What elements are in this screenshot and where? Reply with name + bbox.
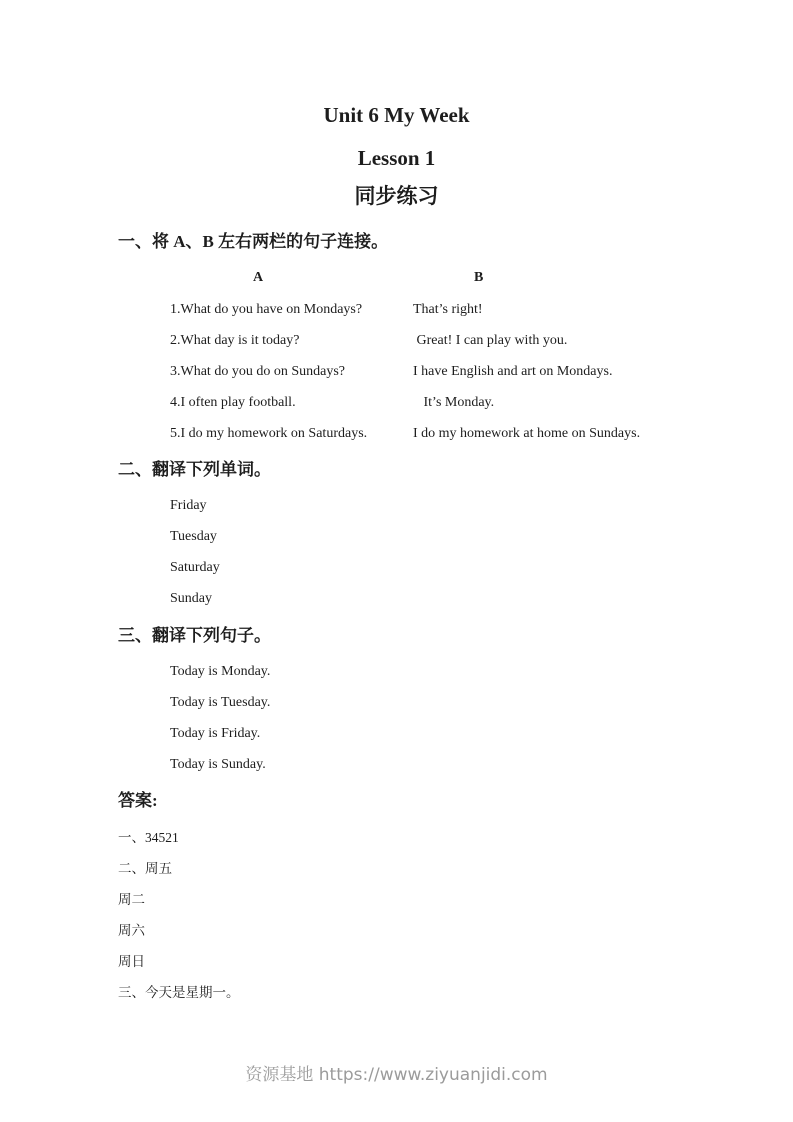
match-b-item: I have English and art on Mondays. — [413, 363, 612, 380]
section-2-heading: 二、翻译下列单词。 — [118, 459, 793, 480]
answer-line: 三、今天是星期一。 — [118, 985, 793, 1001]
match-a-item: 1.What do you have on Mondays? — [170, 301, 413, 318]
sentence-item: Today is Monday. — [170, 663, 793, 680]
match-a-item: 4.I often play football. — [170, 394, 413, 411]
answer-line: 周二 — [118, 892, 793, 908]
match-row: 1.What do you have on Mondays? That’s ri… — [170, 301, 793, 318]
match-b-item: That’s right! — [413, 301, 483, 318]
section-1-heading: 一、将 A、B 左右两栏的句子连接。 — [118, 231, 793, 252]
unit-title: Unit 6 My Week — [0, 0, 793, 127]
match-b-item: Great! I can play with you. — [413, 332, 567, 349]
sentence-item: Today is Friday. — [170, 725, 793, 742]
lesson-title: Lesson 1 — [0, 146, 793, 170]
answers-heading: 答案: — [118, 790, 793, 811]
word-item: Sunday — [170, 590, 793, 607]
worksheet-page: Unit 6 My Week Lesson 1 同步练习 一、将 A、B 左右两… — [0, 0, 793, 1122]
match-column-headers: A B — [0, 270, 793, 286]
answer-line: 一、34521 — [118, 830, 793, 846]
section-3-heading: 三、翻译下列句子。 — [118, 625, 793, 646]
match-row: 2.What day is it today? Great! I can pla… — [170, 332, 793, 349]
column-b-header: B — [474, 270, 483, 286]
sentence-item: Today is Sunday. — [170, 756, 793, 773]
match-row: 4.I often play football. It’s Monday. — [170, 394, 793, 411]
column-a-header: A — [253, 270, 263, 286]
match-a-item: 3.What do you do on Sundays? — [170, 363, 413, 380]
match-row: 5.I do my homework on Saturdays. I do my… — [170, 425, 793, 442]
answer-line: 周六 — [118, 923, 793, 939]
word-item: Saturday — [170, 559, 793, 576]
match-b-item: It’s Monday. — [413, 394, 494, 411]
answer-line: 周日 — [118, 954, 793, 970]
match-a-item: 5.I do my homework on Saturdays. — [170, 425, 413, 442]
practice-title: 同步练习 — [0, 184, 793, 208]
footer-watermark: 资源基地 https://www.ziyuanjidi.com — [0, 1064, 793, 1086]
match-row: 3.What do you do on Sundays? I have Engl… — [170, 363, 793, 380]
match-a-item: 2.What day is it today? — [170, 332, 413, 349]
match-b-item: I do my homework at home on Sundays. — [413, 425, 640, 442]
sentence-item: Today is Tuesday. — [170, 694, 793, 711]
answer-line: 二、周五 — [118, 861, 793, 877]
word-item: Friday — [170, 497, 793, 514]
word-item: Tuesday — [170, 528, 793, 545]
